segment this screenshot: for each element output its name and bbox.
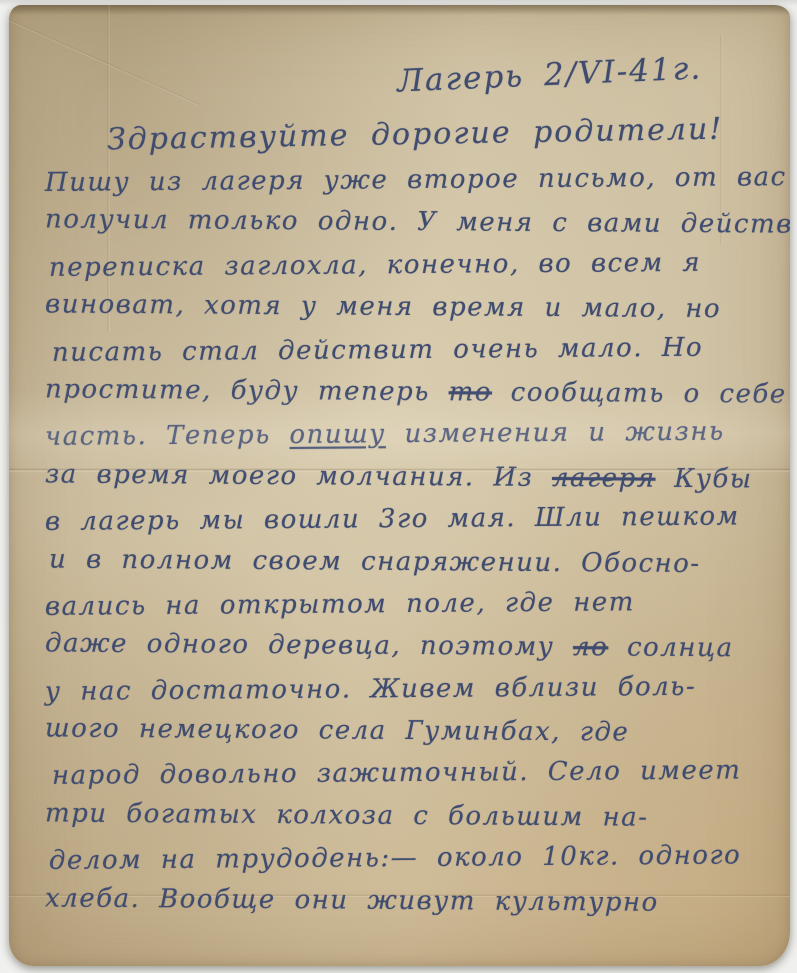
letter-line: писать стал действит очень мало. Но [45,332,782,380]
letter-line: народ довольно зажиточный. Село имеет [45,756,782,804]
letter-text: вались на открытом поле, где нет [45,587,635,622]
letter-line: переписка заглохла, конечно, во всем я [45,247,782,295]
letter-paper: Лагерь 2/VI-41г. Здраствуйте дорогие род… [9,5,790,966]
letter-line: виноват, хотя у меня время и мало, но [45,290,782,338]
letter-text: виноват, хотя у меня время и мало, но [45,290,721,325]
letter-line: Пишу из лагеря уже второе письмо, от вас… [45,162,782,210]
letter-line: вались на открытом поле, где нет [45,586,782,634]
letter-date: Лагерь 2/VI-41г. [396,50,702,99]
letter-text: изменения и жизнь [386,417,725,450]
letter-line: часть. Теперь опишу изменения и жизнь [45,416,782,464]
letter-text: делом на трудодень:— около 10кг. одного [49,841,741,876]
letter-line: делом на трудодень:— около 10кг. одного [45,840,782,888]
struck-word: то [449,377,493,407]
letter-body: Пишу из лагеря уже второе письмо, от вас… [45,165,782,928]
letter-text: три богатых колхоза с большим на- [45,798,649,832]
struck-word: ло [573,632,608,662]
letter-line: шого немецкого села Гуминбах, где [45,714,782,762]
letter-text: опишу [289,420,386,451]
paper-crease-diagonal-topleft [9,10,199,105]
photo-background: Лагерь 2/VI-41г. Здраствуйте дорогие род… [0,0,797,973]
letter-text: часть. Теперь [45,420,290,452]
struck-word: лагеря [552,463,656,494]
letter-text: шого немецкого села Гуминбах, где [45,714,629,748]
letter-line: и в полном своем снаряжении. Обосно- [45,544,782,592]
letter-greeting: Здраствуйте дорогие родители! [107,112,724,158]
letter-text: у нас достаточно. Живем вблизи боль- [45,671,696,706]
letter-line: даже одного деревца, поэтому ло солнца [45,629,782,677]
letter-text: даже одного деревца, поэтому [45,629,573,663]
letter-text: народ довольно зажиточный. Село имеет [52,756,742,791]
letter-text: простите, буду теперь [45,374,449,407]
letter-line: в лагерь мы вошли 3го мая. Шли пешком [45,501,782,549]
letter-line: у нас достаточно. Живем вблизи боль- [45,671,782,719]
letter-text: Кубы [655,463,752,494]
letter-text: хлеба. Вообще они живут культурно [45,883,659,917]
letter-line: простите, буду теперь то сообщать о себе [45,374,782,422]
letter-line: за время моего молчания. Из лагеря Кубы [45,459,782,507]
letter-line: хлеба. Вообще они живут культурно [45,883,782,931]
letter-text: писать стал действит очень мало. Но [52,332,703,367]
letter-text: получил только одно. У меня с вами дейст… [45,205,790,241]
letter-text: и в полном своем снаряжении. Обосно- [49,544,701,579]
letter-text: за время моего молчания. Из [45,459,552,493]
letter-line: три богатых колхоза с большим на- [45,798,782,846]
letter-text: сообщать о себе [492,378,787,410]
letter-text: в лагерь мы вошли 3го мая. Шли пешком [45,502,740,537]
letter-text: переписка заглохла, конечно, во всем я [49,248,701,283]
letter-line: получил только одно. У меня с вами дейст… [45,205,782,253]
letter-text: солнца [608,633,734,664]
letter-text: Пишу из лагеря уже второе письмо, от вас… [45,162,790,198]
